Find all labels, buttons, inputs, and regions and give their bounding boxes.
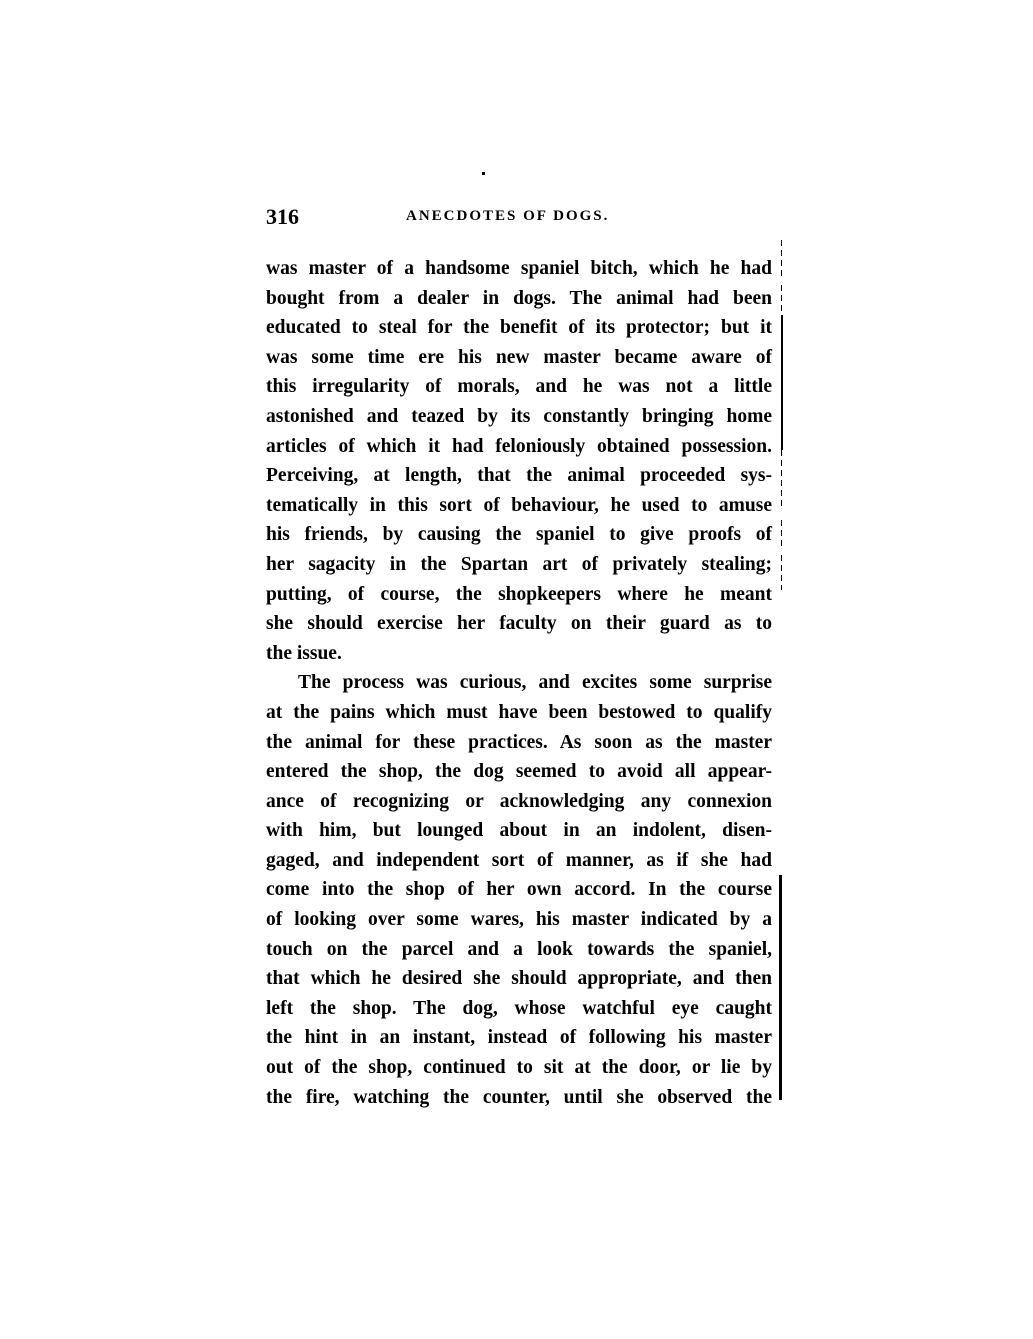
gutter-mark (781, 285, 782, 315)
scan-speck (482, 172, 485, 175)
text-line: bought from a dealer in dogs. The animal… (266, 284, 772, 314)
text-line: that which he desired she should appropr… (266, 964, 772, 994)
gutter-mark (779, 875, 782, 1100)
text-line: his friends, by causing the spaniel to g… (266, 520, 772, 550)
text-line: astonished and teazed by its constantly … (266, 402, 772, 432)
gutter-mark (781, 315, 783, 450)
text-line: left the shop. The dog, whose watchful e… (266, 994, 772, 1024)
text-line: gaged, and independent sort of manner, a… (266, 846, 772, 876)
text-line: of looking over some wares, his master i… (266, 905, 772, 935)
text-line: entered the shop, the dog seemed to avoi… (266, 757, 772, 787)
text-line: the fire, watching the counter, until sh… (266, 1083, 772, 1113)
text-line: educated to steal for the benefit of its… (266, 313, 772, 343)
text-line: at the pains which must have been bestow… (266, 698, 772, 728)
text-line: her sagacity in the Spartan art of priva… (266, 550, 772, 580)
text-line: ance of recognizing or acknowledging any… (266, 787, 772, 817)
text-line: the hint in an instant, instead of follo… (266, 1023, 772, 1053)
text-line: was some time ere his new master became … (266, 343, 772, 373)
text-line: she should exercise her faculty on their… (266, 609, 772, 639)
running-head: 316 ANECDOTES OF DOGS. (266, 200, 772, 234)
text-line: out of the shop, continued to sit at the… (266, 1053, 772, 1083)
gutter-mark (781, 555, 782, 590)
text-line: Perceiving, at length, that the animal p… (266, 461, 772, 491)
book-page: 316 ANECDOTES OF DOGS. was master of a h… (266, 200, 772, 1112)
gutter-mark (781, 450, 782, 510)
text-line: putting, of course, the shopkeepers wher… (266, 580, 772, 610)
gutter-mark (781, 240, 782, 280)
paragraph-2: The process was curious, and excites som… (266, 668, 772, 1112)
text-line: The process was curious, and excites som… (266, 668, 772, 698)
text-line: the issue. (266, 639, 772, 669)
text-line: this irregularity of morals, and he was … (266, 372, 772, 402)
text-line: was master of a handsome spaniel bitch, … (266, 254, 772, 284)
text-line: the animal for these practices. As soon … (266, 728, 772, 758)
text-line: with him, but lounged about in an indole… (266, 816, 772, 846)
text-line: come into the shop of her own accord. In… (266, 875, 772, 905)
gutter-mark (781, 520, 782, 550)
paragraph-1: was master of a handsome spaniel bitch, … (266, 254, 772, 668)
running-title: ANECDOTES OF DOGS. (406, 208, 609, 225)
page-number: 316 (266, 204, 299, 230)
text-line: articles of which it had feloniously obt… (266, 432, 772, 462)
text-line: touch on the parcel and a look towards t… (266, 935, 772, 965)
text-line: tematically in this sort of behaviour, h… (266, 491, 772, 521)
body-text: was master of a handsome spaniel bitch, … (266, 254, 772, 1112)
